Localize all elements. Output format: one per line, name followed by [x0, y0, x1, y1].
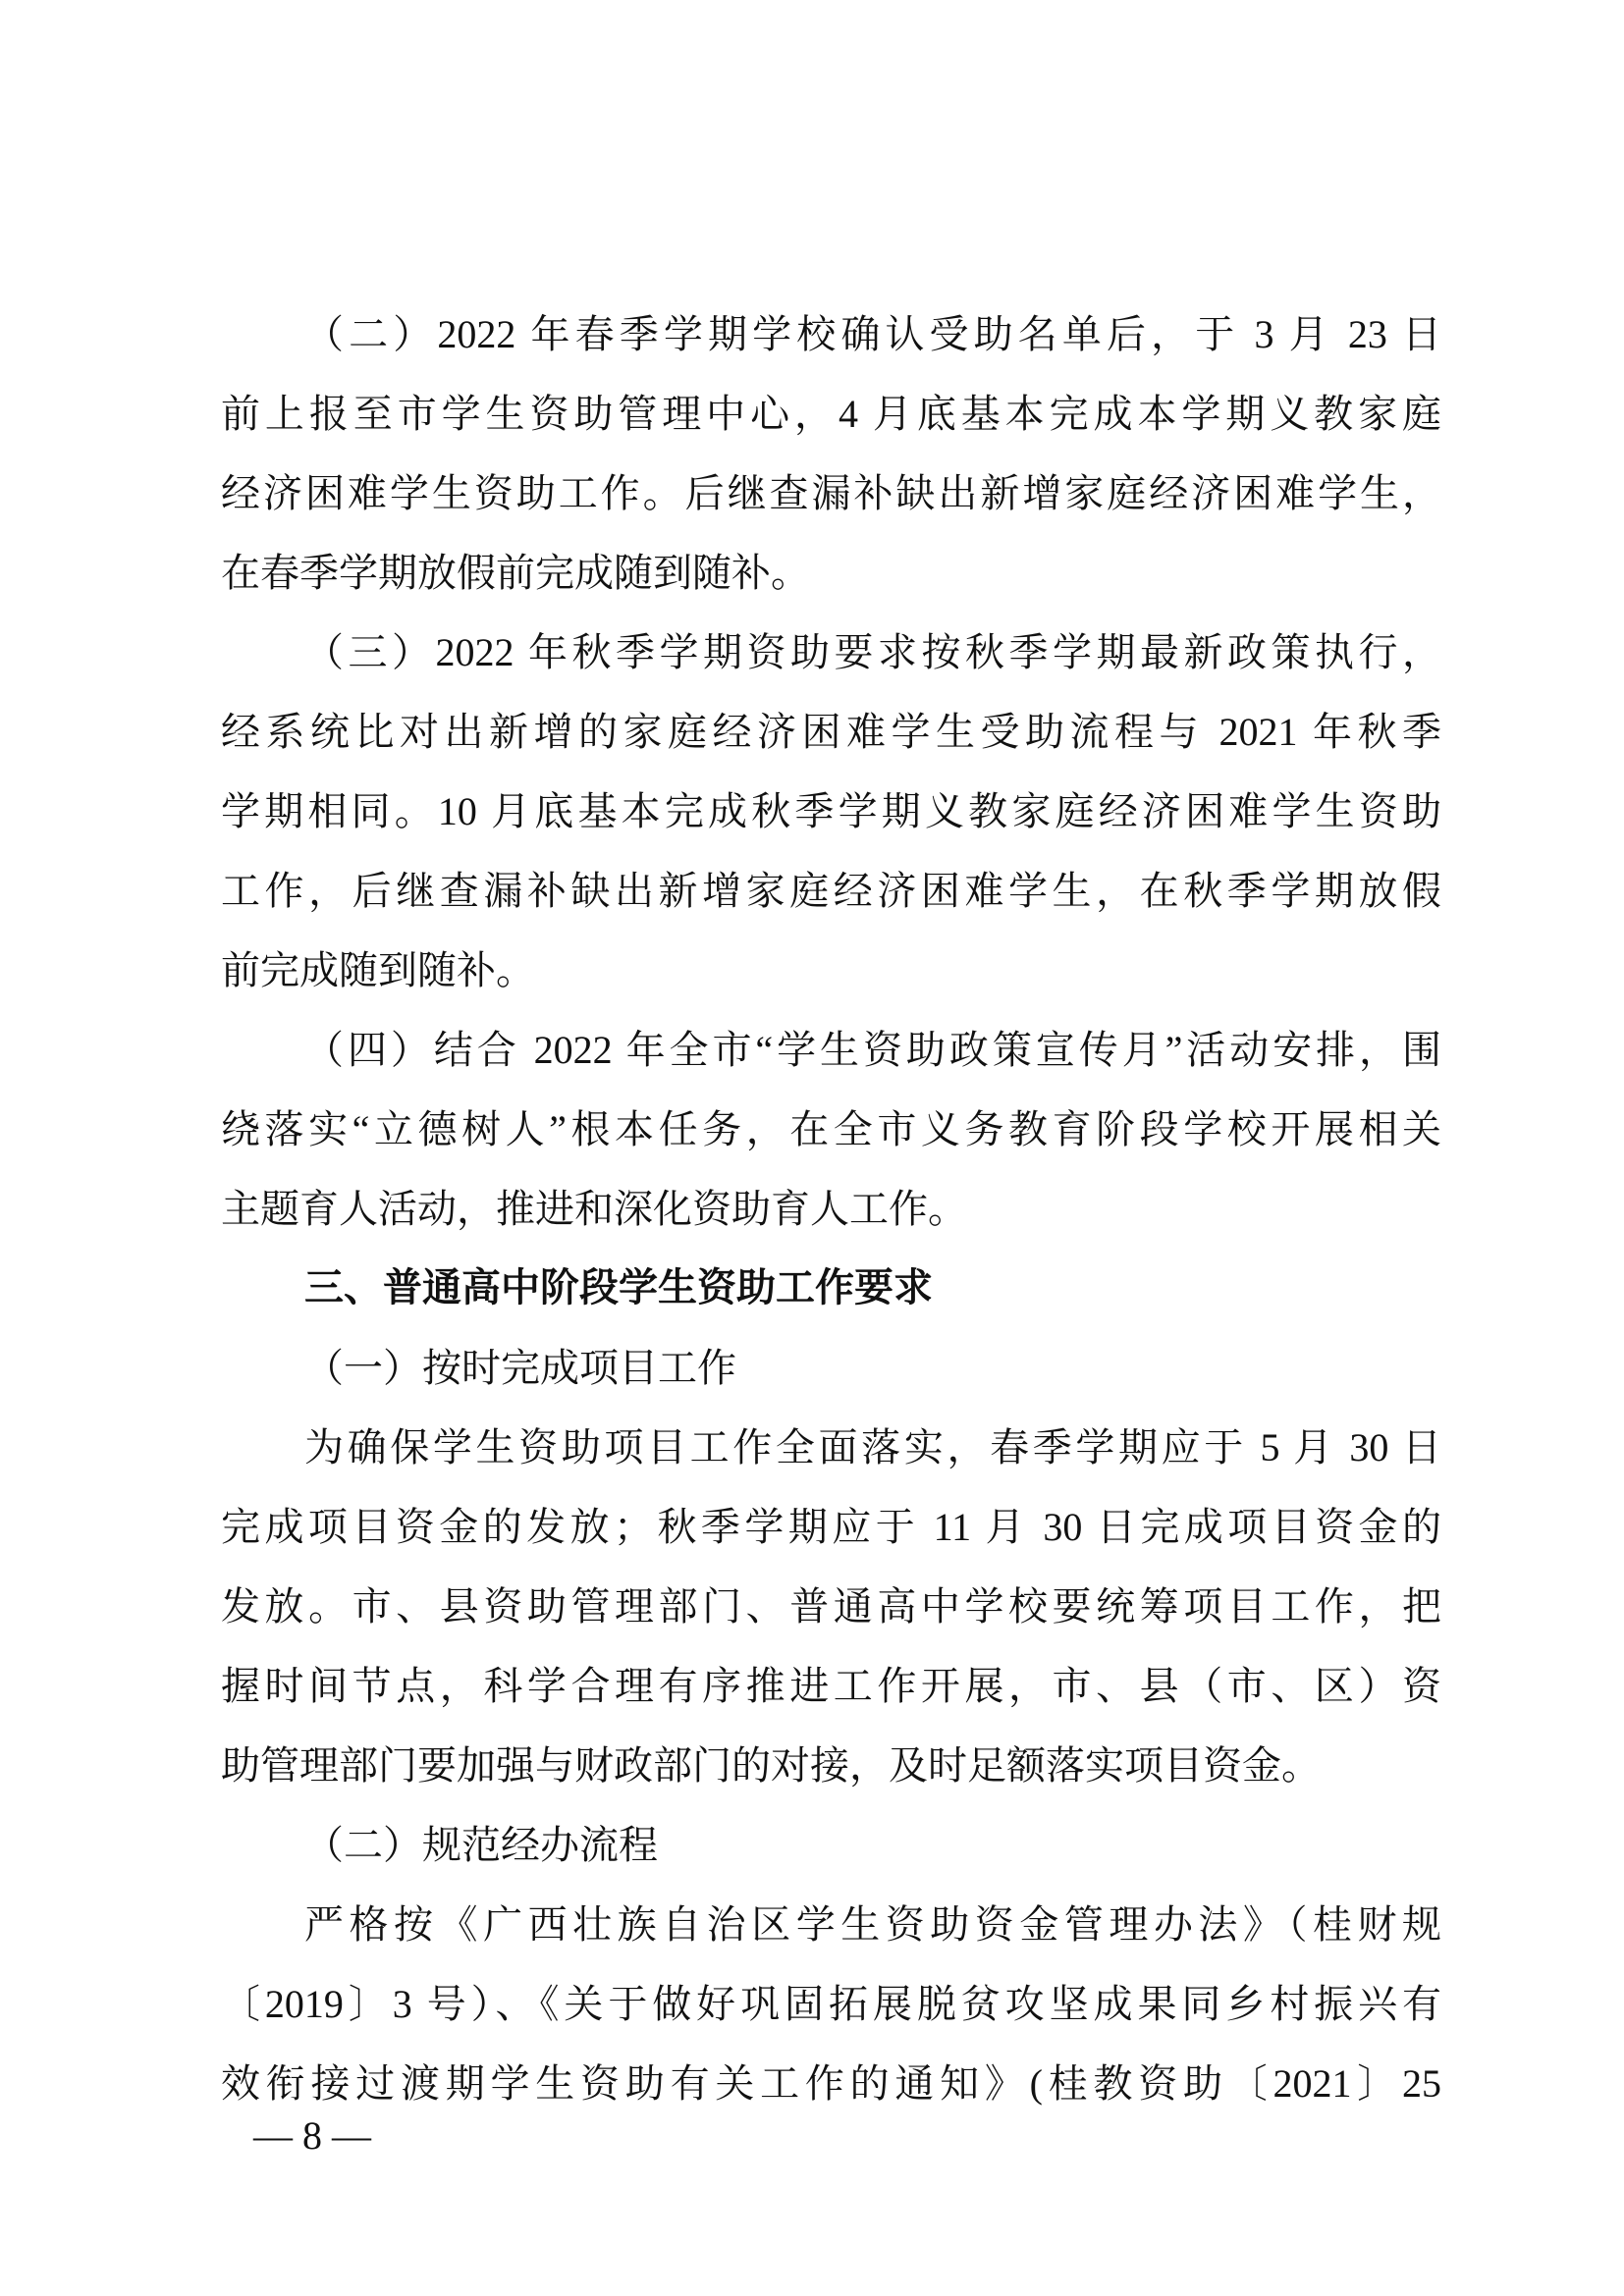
paragraph-5-line-4: 握时间节点，科学合理有序推进工作开展，市、县（市、区）资 — [221, 1646, 1441, 1726]
paragraph-6-line-2: 〔2019〕3 号）、《关于做好巩固拓展脱贫攻坚成果同乡村振兴有 — [221, 1964, 1441, 2044]
paragraph-5-line-3: 发放。市、县资助管理部门、普通高中学校要统筹项目工作，把 — [221, 1567, 1441, 1646]
paragraph-4-line-1: （四）结合 2022 年全市“学生资助政策宣传月”活动安排，围 — [304, 1010, 1441, 1090]
page-number: — 8 — — [253, 2107, 371, 2165]
paragraph-3-line-1: （三）2022 年秋季学期资助要求按秋季学期最新政策执行， — [304, 613, 1441, 692]
paragraph-4-line-2: 绕落实“立德树人”根本任务，在全市义务教育阶段学校开展相关 — [221, 1090, 1441, 1169]
paragraph-5-line-5: 助管理部门要加强与财政部门的对接，及时足额落实项目资金。 — [221, 1726, 1441, 1805]
document-page: （二）2022 年春季学期学校确认受助名单后，于 3 月 23 日 前上报至市学… — [0, 0, 1624, 2296]
paragraph-2-line-2: 前上报至市学生资助管理中心，4 月底基本完成本学期义教家庭 — [221, 374, 1441, 454]
paragraph-5-line-1: 为确保学生资助项目工作全面落实，春季学期应于 5 月 30 日 — [304, 1408, 1441, 1487]
paragraph-3-line-2: 经系统比对出新增的家庭经济困难学生受助流程与 2021 年秋季 — [221, 692, 1441, 772]
subsection-heading-2: （二）规范经办流程 — [304, 1805, 1441, 1885]
paragraph-2-line-4: 在春季学期放假前完成随到随补。 — [221, 533, 1441, 613]
paragraph-3-line-3: 学期相同。10 月底基本完成秋季学期义教家庭经济困难学生资助 — [221, 772, 1441, 851]
paragraph-3-line-4: 工作，后继查漏补缺出新增家庭经济困难学生，在秋季学期放假 — [221, 851, 1441, 931]
paragraph-4-line-3: 主题育人活动，推进和深化资助育人工作。 — [221, 1169, 1441, 1249]
paragraph-2-line-3: 经济困难学生资助工作。后继查漏补缺出新增家庭经济困难学生， — [221, 454, 1441, 533]
paragraph-2-line-1: （二）2022 年春季学期学校确认受助名单后，于 3 月 23 日 — [304, 294, 1441, 374]
paragraph-6-line-1: 严格按《广西壮族自治区学生资助资金管理办法》（桂财规 — [304, 1885, 1441, 1964]
paragraph-3-line-5: 前完成随到随补。 — [221, 931, 1441, 1010]
section-heading: 三、普通高中阶段学生资助工作要求 — [304, 1249, 1441, 1328]
paragraph-6-line-3: 效衔接过渡期学生资助有关工作的通知》(桂教资助〔2021〕25 — [221, 2044, 1441, 2123]
paragraph-5-line-2: 完成项目资金的发放；秋季学期应于 11 月 30 日完成项目资金的 — [221, 1487, 1441, 1567]
subsection-heading-1: （一）按时完成项目工作 — [304, 1328, 1441, 1408]
